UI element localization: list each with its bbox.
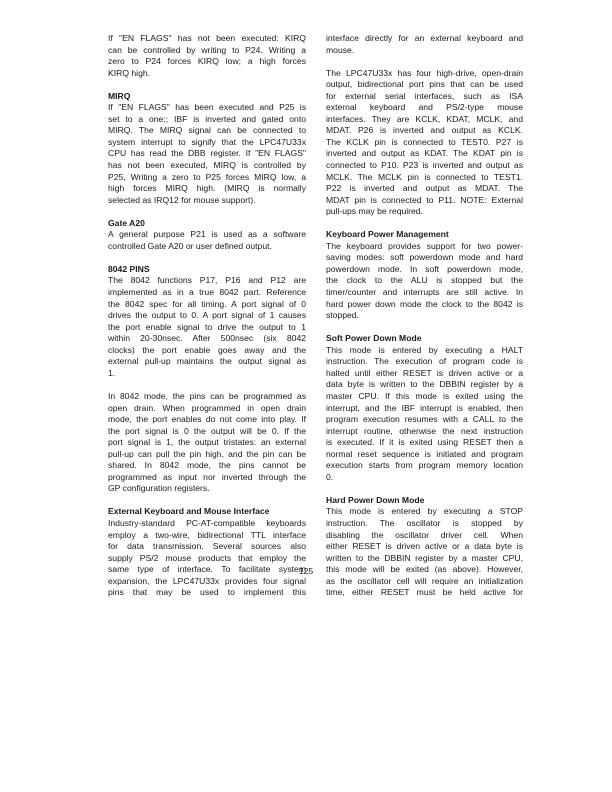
paragraph-body: If "EN FLAGS" has been executed and P25 … xyxy=(108,102,306,206)
section-heading: Keyboard Power Management xyxy=(326,229,523,241)
text-line: powerdown mode. In soft powerdown mode, xyxy=(326,264,523,276)
text-line: data byte is written to the DBBIN regist… xyxy=(326,379,523,391)
paragraph-body: The LPC47U33x has four high-drive, open-… xyxy=(326,68,523,218)
text-line: shared. In 8042 mode, the pins cannot be xyxy=(108,460,306,472)
text-line: the port enable signal to drive the outp… xyxy=(108,322,306,334)
text-line: external keyboard and PS/2-type mouse xyxy=(326,102,523,114)
text-line: selected as IRQ12 for mouse support). xyxy=(108,195,306,207)
text-line: connected to P10. P23 is inverted and ou… xyxy=(326,160,523,172)
text-line: inverted and output as KDAT. The KDAT pi… xyxy=(326,148,523,160)
paragraph: In 8042 mode, the pins can be programmed… xyxy=(108,391,306,495)
text-line: The 8042 functions P17, P16 and P12 are xyxy=(108,275,306,287)
text-line: pull-ups may be required. xyxy=(326,206,523,218)
text-line: KIRQ high. xyxy=(108,68,306,80)
text-line: program execution resumes with a CALL to… xyxy=(326,414,523,426)
section-soft-power-down-mode: Soft Power Down ModeThis mode is entered… xyxy=(326,333,523,483)
text-line: stopped. xyxy=(326,310,523,322)
text-line: If "EN FLAGS" has not been executed: KIR… xyxy=(108,33,306,45)
text-line: zero to P24 forces KIRQ low; a high forc… xyxy=(108,56,306,68)
section-mirq: MIRQIf "EN FLAGS" has been executed and … xyxy=(108,91,306,206)
text-line: the port signal is 0 the output will be … xyxy=(108,426,306,438)
text-line: drives the output to 0. A port signal of… xyxy=(108,310,306,322)
paragraph: If "EN FLAGS" has not been executed: KIR… xyxy=(108,33,306,79)
text-line: CPU has read the DBB register. If "EN FL… xyxy=(108,148,306,160)
text-line: is executed. If it is exited using RESET… xyxy=(326,437,523,449)
section-heading: MIRQ xyxy=(108,91,306,103)
section-heading: Soft Power Down Mode xyxy=(326,333,523,345)
text-line: A general purpose P21 is used as a softw… xyxy=(108,229,306,241)
text-line: clocks) the port enable goes away and th… xyxy=(108,345,306,357)
paragraph-body: This mode is entered by executing a STOP… xyxy=(326,506,523,598)
text-line: set to a one:; IBF is inverted and gated… xyxy=(108,114,306,126)
text-line: Industry-standard PC-AT-compatible keybo… xyxy=(108,518,306,530)
text-line: within 20-30nsec. After 500nsec (six 804… xyxy=(108,333,306,345)
text-line: mode, the port enables do not come into … xyxy=(108,414,306,426)
text-line: the clock to the ALU is stopped but the xyxy=(326,275,523,287)
text-line: MIRQ. The MIRQ signal can be connected t… xyxy=(108,125,306,137)
text-line: disabling the oscillator driver cell. Wh… xyxy=(326,530,523,542)
text-line: The KCLK pin is connected to TEST0. P27 … xyxy=(326,137,523,149)
text-line: If "EN FLAGS" has been executed and P25 … xyxy=(108,102,306,114)
paragraph-body: The 8042 functions P17, P16 and P12 arei… xyxy=(108,275,306,379)
text-line: mouse. xyxy=(326,45,523,57)
right-column: interface directly for an external keybo… xyxy=(326,33,523,610)
text-line: for data transmission. Several sources a… xyxy=(108,541,306,553)
page-number: 125 xyxy=(0,566,612,576)
text-line: execution starts from program memory loc… xyxy=(326,460,523,472)
section-heading: External Keyboard and Mouse Interface xyxy=(108,506,306,518)
text-line: interface directly for an external keybo… xyxy=(326,33,523,45)
text-line: interrupt routine, otherwise the next in… xyxy=(326,426,523,438)
text-line: as the oscillator cell will require an i… xyxy=(326,576,523,588)
text-line: high forces MIRQ high. (MIRQ is normally xyxy=(108,183,306,195)
text-line: system interrupt to signify that the LPC… xyxy=(108,137,306,149)
text-line: The keyboard provides support for two po… xyxy=(326,241,523,253)
text-line: controlled Gate A20 or user defined outp… xyxy=(108,241,306,253)
paragraph-body: The keyboard provides support for two po… xyxy=(326,241,523,322)
text-line: can be controlled by writing to P24. Wri… xyxy=(108,45,306,57)
section-keyboard-power-management: Keyboard Power ManagementThe keyboard pr… xyxy=(326,229,523,321)
text-line: instruction. The oscillator is stopped b… xyxy=(326,518,523,530)
text-line: This mode is entered by executing a HALT xyxy=(326,345,523,357)
text-line: either RESET is driven active or a data … xyxy=(326,541,523,553)
text-line: normal reset sequence is initiated and p… xyxy=(326,449,523,461)
paragraph: interface directly for an external keybo… xyxy=(326,33,523,56)
text-line: In 8042 mode, the pins can be programmed… xyxy=(108,391,306,403)
text-line: master CPU. If this mode is exited using… xyxy=(326,391,523,403)
paragraph-body: If "EN FLAGS" has not been executed: KIR… xyxy=(108,33,306,79)
text-line: saving modes: soft powerdown mode and ha… xyxy=(326,252,523,264)
text-line: instruction. The execution of program co… xyxy=(326,356,523,368)
section-hard-power-down-mode: Hard Power Down ModeThis mode is entered… xyxy=(326,495,523,599)
text-line: external pull-up maintains the output si… xyxy=(108,356,306,368)
paragraph-body: A general purpose P21 is used as a softw… xyxy=(108,229,306,252)
text-line: supply PS/2 mouse products that employ t… xyxy=(108,553,306,565)
text-line: employ a two-wire, bidirectional TTL int… xyxy=(108,530,306,542)
section-heading: Gate A20 xyxy=(108,218,306,230)
text-line: pins that may be used to implement this xyxy=(108,587,306,599)
text-line: 0. xyxy=(326,472,523,484)
paragraph-body: interface directly for an external keybo… xyxy=(326,33,523,56)
text-line: interfaces. They are KCLK, KDAT, MCLK, a… xyxy=(326,114,523,126)
text-line: MDAT pin is connected to P11. NOTE: Exte… xyxy=(326,195,523,207)
section-8042-pins: 8042 PINSThe 8042 functions P17, P16 and… xyxy=(108,264,306,379)
text-line: expansion, the LPC47U33x provides four s… xyxy=(108,576,306,588)
section-heading: Hard Power Down Mode xyxy=(326,495,523,507)
text-line: open drain. When programmed in open drai… xyxy=(108,403,306,415)
text-line: hard power down mode the clock to the 80… xyxy=(326,299,523,311)
paragraph-body: In 8042 mode, the pins can be programmed… xyxy=(108,391,306,495)
text-line: programmed as input nor inverted through… xyxy=(108,472,306,484)
paragraph-body: This mode is entered by executing a HALT… xyxy=(326,345,523,484)
text-line: MCLK. The MCLK pin is connected to TEST1… xyxy=(326,172,523,184)
section-gate-a20: Gate A20A general purpose P21 is used as… xyxy=(108,218,306,253)
text-line: 1. xyxy=(108,368,306,380)
text-line: P22 is inverted and output as MDAT. The xyxy=(326,183,523,195)
text-line: written to the DBBIN register by a maste… xyxy=(326,553,523,565)
text-line: pull-up can pull the pin high, and the p… xyxy=(108,449,306,461)
text-line: output, bidirectional port pins that can… xyxy=(326,79,523,91)
text-line: The LPC47U33x has four high-drive, open-… xyxy=(326,68,523,80)
text-line: the 8042 spec for all timing. A port sig… xyxy=(108,299,306,311)
text-line: time, either RESET must be held active f… xyxy=(326,587,523,599)
text-line: P25, Writing a zero to P25 forces MIRQ l… xyxy=(108,172,306,184)
text-line: MDAT. P26 is inverted and output as KCLK… xyxy=(326,125,523,137)
section-external-keyboard-and-mouse-interface: External Keyboard and Mouse InterfaceInd… xyxy=(108,506,306,598)
text-line: halted until either RESET is driven acti… xyxy=(326,368,523,380)
section-heading: 8042 PINS xyxy=(108,264,306,276)
text-line: port signal is 1, the output tristates: … xyxy=(108,437,306,449)
text-line: has not been executed, MIRQ is controlle… xyxy=(108,160,306,172)
paragraph: The LPC47U33x has four high-drive, open-… xyxy=(326,68,523,218)
left-column: If "EN FLAGS" has not been executed: KIR… xyxy=(108,33,306,610)
text-line: This mode is entered by executing a STOP xyxy=(326,506,523,518)
text-line: implemented as in a true 8042 part. Refe… xyxy=(108,287,306,299)
text-line: GP configuration registers. xyxy=(108,483,306,495)
text-line: timer/counter and interrupts are still a… xyxy=(326,287,523,299)
paragraph-body: Industry-standard PC-AT-compatible keybo… xyxy=(108,518,306,599)
text-line: for external serial interfaces, such as … xyxy=(326,91,523,103)
text-line: interrupt, and the IBF interrupt is enab… xyxy=(326,403,523,415)
